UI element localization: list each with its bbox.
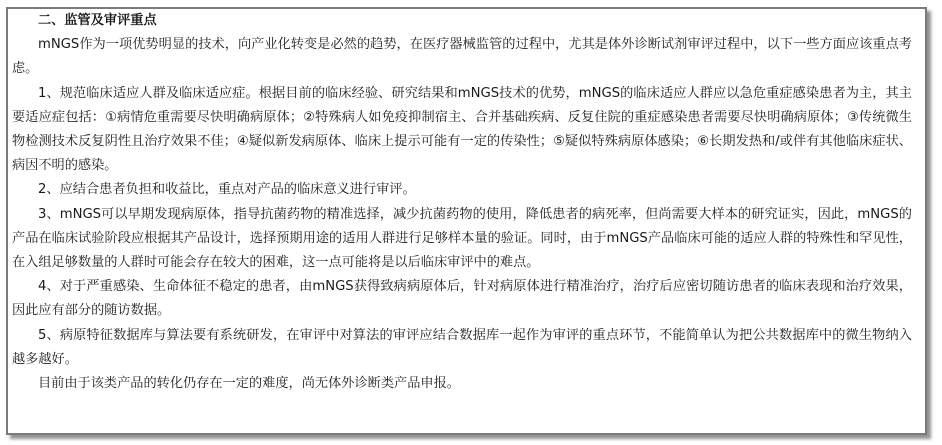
paragraph-point-1: 1、规范临床适应人群及临床适应症。根据目前的临床经验、研究结果和mNGS技术的优…	[12, 82, 912, 179]
document-content: 二、监管及审评重点 mNGS作为一项优势明显的技术，向产业化转变是必然的趋势，在…	[12, 9, 912, 396]
section-title: 二、监管及审评重点	[12, 9, 912, 33]
paragraph-point-4: 4、对于严重感染、生命体征不稳定的患者，由mNGS获得致病病原体后，针对病原体进…	[12, 275, 912, 323]
paragraph-intro: mNGS作为一项优势明显的技术，向产业化转变是必然的趋势，在医疗器械监管的过程中…	[12, 33, 912, 81]
paragraph-conclusion: 目前由于该类产品的转化仍存在一定的难度，尚无体外诊断类产品申报。	[12, 372, 912, 396]
paragraph-point-5: 5、病原特征数据库与算法要有系统研发，在审评中对算法的审评应结合数据库一起作为审…	[12, 324, 912, 372]
paragraph-point-2: 2、应结合患者负担和收益比，重点对产品的临床意义进行审评。	[12, 178, 912, 202]
paragraph-point-3: 3、mNGS可以早期发现病原体，指导抗菌药物的精准选择，减少抗菌药物的使用，降低…	[12, 203, 912, 276]
